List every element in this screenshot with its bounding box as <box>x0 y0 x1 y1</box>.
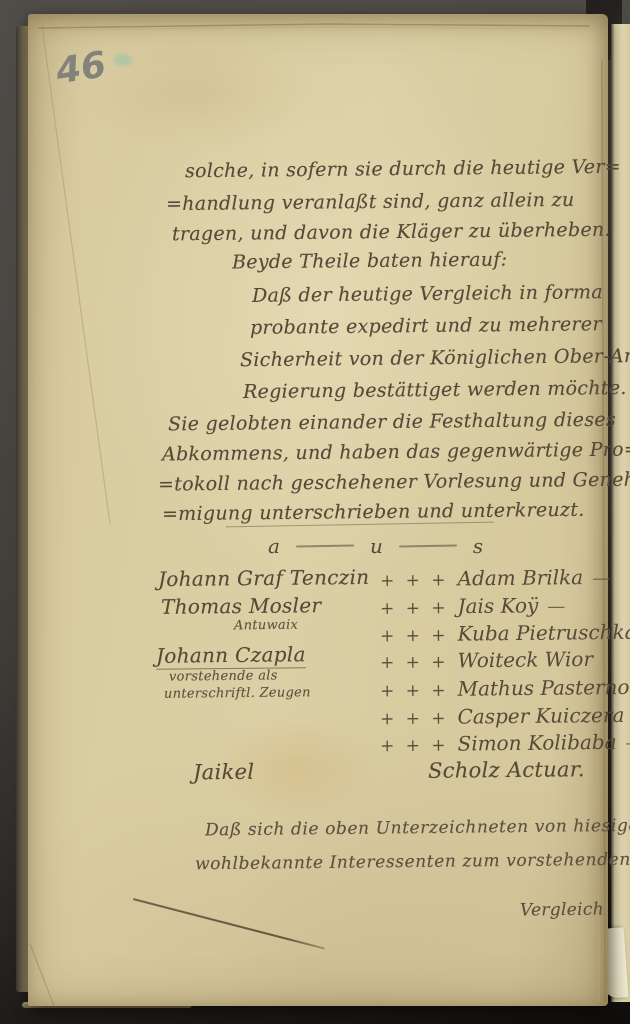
cross-signature-row: + + + Mathus Pasternoik — <box>380 674 630 701</box>
signature-note: Antuwaix <box>234 618 298 634</box>
manuscript-page: 46 solche, in sofern sie durch die heuti… <box>28 14 608 1006</box>
cross-signature-row: + + + Jais Koÿ — <box>380 593 565 619</box>
signature-note: vorstehende als <box>169 668 278 684</box>
signature-crosses: + + + <box>380 736 449 757</box>
manuscript-line: Daß der heutige Vergleich in forma <box>252 281 603 307</box>
cross-signature-row: + + + Kuba Pietruschka — <box>380 620 630 647</box>
signature-crosses: + + + <box>380 652 449 673</box>
signature-name: Thomas Mosler <box>161 593 321 619</box>
divider-dash <box>296 544 354 547</box>
signature-name: Mathus Pasternoik <box>457 675 630 701</box>
manuscript-line: Sie gelobten einander die Festhaltung di… <box>168 409 616 436</box>
signature-name: Woiteck Wior <box>457 647 593 672</box>
divider-letter-u: u <box>370 534 383 558</box>
official-signature: Scholz Actuar. <box>428 757 585 783</box>
manuscript-line: Beyde Theile baten hierauf: <box>232 249 508 274</box>
signature-name: Casper Kuiczera <box>457 703 624 729</box>
divider-dash <box>399 544 457 547</box>
signature-crosses: + + + <box>380 626 449 647</box>
signature-crosses: + + + <box>380 709 449 730</box>
signature-dash: — <box>547 596 565 617</box>
cross-signature-row: + + + Woiteck Wior <box>380 647 602 673</box>
signature-name: Johann Graf Tenczin <box>158 565 370 591</box>
signature-name: Jais Koÿ <box>457 593 538 618</box>
manuscript-line: solche, in sofern sie durch die heutige … <box>185 156 621 183</box>
manuscript-line: Regierung bestättiget werden möchte. <box>243 377 627 403</box>
manuscript-line: =handlung veranlaßt sind, ganz allein zu <box>166 189 575 215</box>
signature-note: unterschriftl. Zeugen <box>164 685 311 702</box>
divider-letter-a: a <box>268 534 280 558</box>
signature-dash: — <box>592 568 610 589</box>
signature-crosses: + + + <box>380 681 449 702</box>
signature-dash: — <box>625 733 630 754</box>
pencil-folio-number: 46 <box>53 44 109 92</box>
signature-crosses: + + + <box>380 598 449 619</box>
manuscript-line: probante expedirt und zu mehrerer <box>250 313 602 339</box>
archivist-teal-mark <box>114 54 132 66</box>
signature-name: Simon Kolibaba <box>457 730 616 756</box>
aus-divider: a u s <box>268 534 483 558</box>
divider-letter-s: s <box>473 534 483 558</box>
signature-name: Johann Czapla <box>156 642 306 670</box>
signature-crosses: + + + <box>380 570 449 591</box>
cross-signature-row: + + + Adam Brilka — <box>380 565 610 591</box>
catchword: Vergleich <box>520 900 604 921</box>
photo-background: 46 solche, in sofern sie durch die heuti… <box>0 0 630 1024</box>
official-signature: Jaikel <box>193 760 255 785</box>
manuscript-line: Sicherheit von der Königlichen Ober-Amts <box>240 345 630 371</box>
signature-name: Kuba Pietruschka <box>457 620 630 646</box>
manuscript-line: tragen, und davon die Kläger zu überhebe… <box>172 219 611 246</box>
cross-signature-row: + + + Simon Kolibaba — <box>380 730 630 757</box>
signature-name: Adam Brilka <box>457 565 583 590</box>
cross-signature-row: + + + Casper Kuiczera — <box>380 703 630 730</box>
manuscript-line: =migung unterschrieben und unterkreuzt. <box>162 499 585 525</box>
